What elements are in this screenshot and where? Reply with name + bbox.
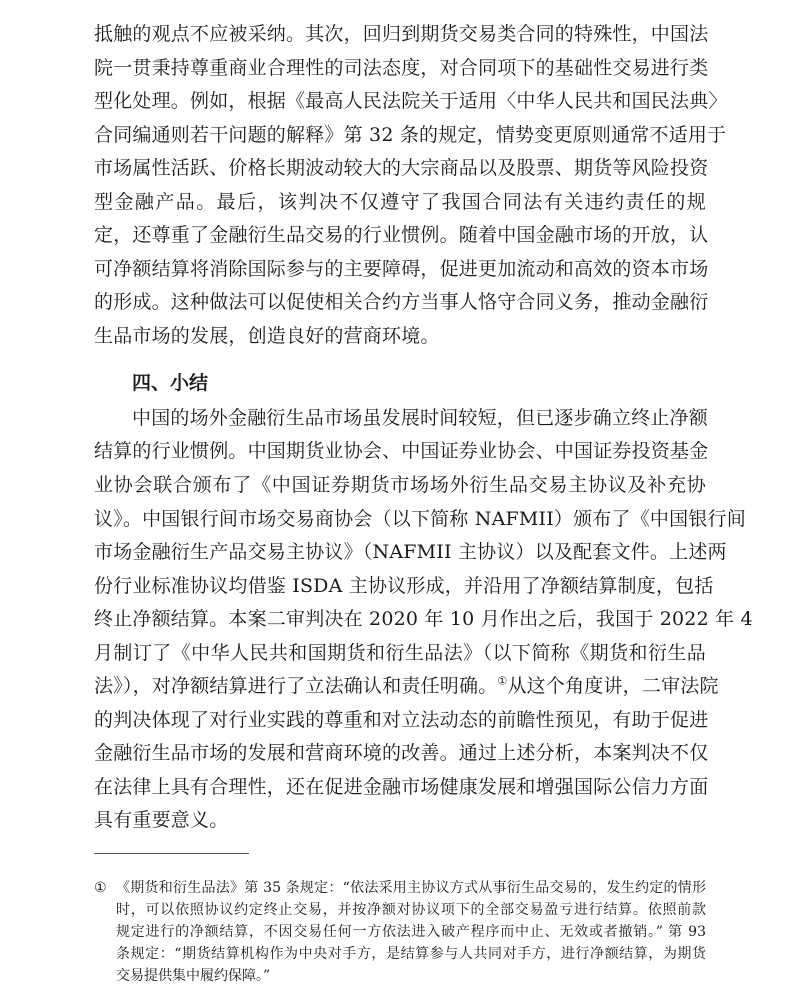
summary-line-text: 从这个角度讲，二审法院 (507, 674, 718, 698)
footnote-line: 条规定：“期货结算机构作为中央对手方，是结算参与人共同对手方，进行净额结算，为期… (116, 945, 706, 963)
footnote-line: 《期货和衍生品法》第 35 条规定：“依法采用主协议方式从事衍生品交易的，发生约… (116, 879, 706, 897)
body-line: 市场属性活跃、价格长期波动较大的大宗商品以及股票、期货等风险投资 (94, 156, 706, 180)
summary-line: 金融衍生品市场的发展和营商环境的改善。通过上述分析，本案判决不仅 (94, 741, 706, 765)
footnote-reference-link[interactable]: ① (497, 675, 507, 688)
body-line: 型化处理。例如，根据《最高人民法院关于适用〈中华人民共和国民法典〉 (94, 89, 706, 113)
footnote-divider (94, 853, 249, 854)
document-page: 抵触的观点不应被采纳。其次，回归到期货交易类合同的特殊性，中国法 院一贯秉持尊重… (0, 0, 800, 990)
body-line: 可净额结算将消除国际参与的主要障碍，促进更加流动和高效的资本市场 (94, 257, 706, 281)
body-line: 抵触的观点不应被采纳。其次，回归到期货交易类合同的特殊性，中国法 (94, 22, 706, 46)
body-line: 的形成。这种做法可以促使相关合约方当事人恪守合同义务，推动金融衍 (94, 290, 706, 314)
summary-line: 结算的行业惯例。中国期货业协会、中国证券业协会、中国证券投资基金 (94, 439, 706, 463)
summary-line: 中国的场外金融衍生品市场虽发展时间较短，但已逐步确立终止净额 (132, 406, 706, 430)
summary-line: 终止净额结算。本案二审判决在 2020 年 10 月作出之后，我国于 2022 … (94, 607, 706, 631)
body-line: 定，还尊重了金融衍生品交易的行业惯例。随着中国金融市场的开放，认 (94, 223, 706, 247)
section-heading: 四、小结 (132, 371, 208, 395)
summary-line: 份行业标准协议均借鉴 ISDA 主协议形成，并沿用了净额结算制度，包括 (94, 574, 706, 598)
summary-line: 月制订了《中华人民共和国期货和衍生品法》（以下简称《期货和衍生品 (94, 641, 706, 665)
summary-line-text: 法》），对净额结算进行了立法确认和责任明确。 (94, 675, 497, 697)
footnote-line: 交易提供集中履约保障。” (116, 967, 706, 985)
summary-line: 的判决体现了对行业实践的尊重和对立法动态的前瞻性预见，有助于促进 (94, 708, 706, 732)
footnote-line: 时，可以依照协议约定终止交易，并按净额对协议项下的全部交易盈亏进行结算。依照前款 (116, 901, 706, 919)
summary-line: 具有重要意义。 (94, 808, 706, 832)
body-line: 院一贯秉持尊重商业合理性的司法态度，对合同项下的基础性交易进行类 (94, 56, 706, 80)
body-line: 型金融产品。最后，该判决不仅遵守了我国合同法有关违约责任的规 (94, 190, 706, 214)
summary-line: 业协会联合颁布了《中国证券期货市场场外衍生品交易主协议及补充协 (94, 473, 706, 497)
footnote-number: ① (94, 879, 107, 897)
footnote-line: 规定进行的净额结算，不因交易任何一方依法进入破产程序而中止、无效或者撤销。” 第… (116, 923, 706, 941)
summary-line: 议》。中国银行间市场交易商协会（以下简称 NAFMII）颁布了《中国银行间 (94, 507, 706, 531)
body-line: 合同编通则若干问题的解释》第 32 条的规定，情势变更原则通常不适用于 (94, 123, 706, 147)
summary-line: 在法律上具有合理性，还在促进金融市场健康发展和增强国际公信力方面 (94, 775, 706, 799)
summary-line-with-footnote: 法》），对净额结算进行了立法确认和责任明确。① 从这个角度讲，二审法院 (94, 674, 706, 698)
body-line: 生品市场的发展，创造良好的营商环境。 (94, 324, 706, 348)
summary-line: 市场金融衍生产品交易主协议》（NAFMII 主协议）以及配套文件。上述两 (94, 540, 706, 564)
